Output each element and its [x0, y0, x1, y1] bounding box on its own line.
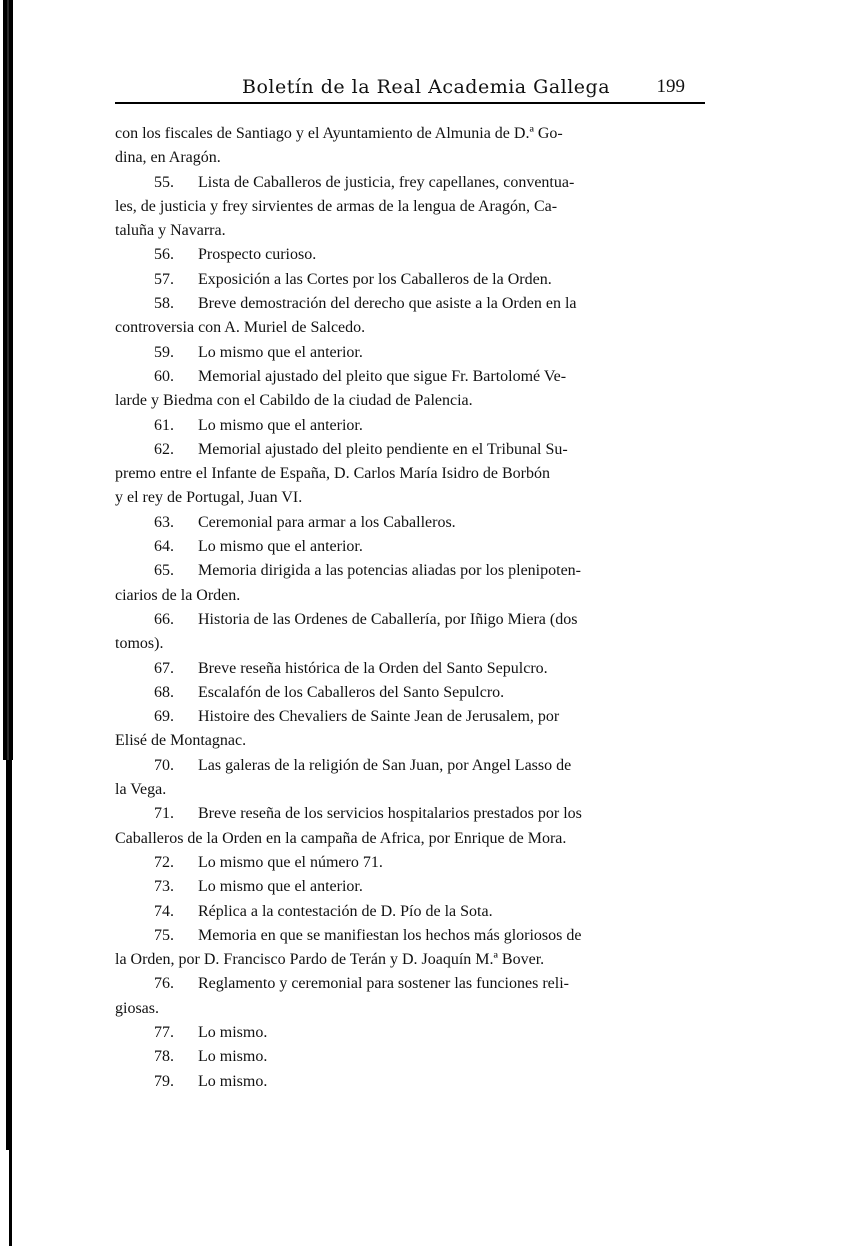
line-text: Las galeras de la religión de San Juan, …: [198, 757, 571, 774]
list-item-start: 55.Lista de Caballeros de justicia, frey…: [115, 171, 715, 195]
item-number: 59.: [154, 341, 198, 365]
text-line: con los fiscales de Santiago y el Ayunta…: [115, 122, 715, 146]
list-item-start: 70.Las galeras de la religión de San Jua…: [115, 754, 715, 778]
list-item-start: 67.Breve reseña histórica de la Orden de…: [115, 657, 715, 681]
line-text: Memoria en que se manifiestan los hechos…: [198, 927, 581, 944]
line-text: Lo mismo.: [198, 1073, 267, 1090]
line-text: Lo mismo que el número 71.: [198, 854, 383, 871]
line-text: Lo mismo.: [198, 1024, 267, 1041]
list-item-start: 56.Prospecto curioso.: [115, 243, 715, 267]
line-text: tomos).: [115, 635, 163, 652]
line-text: Lo mismo que el anterior.: [198, 417, 363, 434]
text-line: les, de justicia y frey sirvientes de ar…: [115, 195, 715, 219]
line-text: Lista de Caballeros de justicia, frey ca…: [198, 174, 574, 191]
page-number: 199: [657, 76, 686, 98]
line-text: Escalafón de los Caballeros del Santo Se…: [198, 684, 504, 701]
item-number: 78.: [154, 1045, 198, 1069]
line-text: giosas.: [115, 1000, 159, 1017]
item-number: 68.: [154, 681, 198, 705]
page-binding-edge: [3, 0, 13, 760]
item-number: 76.: [154, 972, 198, 996]
text-line: la Orden, por D. Francisco Pardo de Terá…: [115, 948, 715, 972]
item-number: 77.: [154, 1021, 198, 1045]
list-item-start: 77.Lo mismo.: [115, 1021, 715, 1045]
text-line: taluña y Navarra.: [115, 219, 715, 243]
list-item-start: 65.Memoria dirigida a las potencias alia…: [115, 559, 715, 583]
list-item-start: 62.Memorial ajustado del pleito pendient…: [115, 438, 715, 462]
text-line: y el rey de Portugal, Juan VI.: [115, 486, 715, 510]
item-number: 64.: [154, 535, 198, 559]
item-number: 73.: [154, 875, 198, 899]
line-text: la Vega.: [115, 781, 166, 798]
journal-title: Boletín de la Real Academia Gallega: [242, 76, 610, 98]
list-item-start: 74.Réplica a la contestación de D. Pío d…: [115, 900, 715, 924]
line-text: Histoire des Chevaliers de Sainte Jean d…: [198, 708, 559, 725]
text-line: Caballeros de la Orden en la campaña de …: [115, 827, 715, 851]
text-line: la Vega.: [115, 778, 715, 802]
item-number: 79.: [154, 1070, 198, 1094]
list-item-start: 71.Breve reseña de los servicios hospita…: [115, 802, 715, 826]
line-text: Prospecto curioso.: [198, 246, 316, 263]
line-text: Lo mismo que el anterior.: [198, 344, 363, 361]
line-text: Breve reseña de los servicios hospitalar…: [198, 805, 582, 822]
item-number: 66.: [154, 608, 198, 632]
line-text: Réplica a la contestación de D. Pío de l…: [198, 903, 493, 920]
text-line: dina, en Aragón.: [115, 146, 715, 170]
text-line: tomos).: [115, 632, 715, 656]
list-item-start: 66.Historia de las Ordenes de Caballería…: [115, 608, 715, 632]
item-number: 57.: [154, 268, 198, 292]
page-binding-edge-tail: [9, 1150, 12, 1246]
list-item-start: 73.Lo mismo que el anterior.: [115, 875, 715, 899]
item-number: 58.: [154, 292, 198, 316]
line-text: Breve reseña histórica de la Orden del S…: [198, 660, 548, 677]
line-text: Caballeros de la Orden en la campaña de …: [115, 830, 566, 847]
running-header: Boletín de la Real Academia Gallega 199: [115, 72, 705, 102]
line-text: Elisé de Montagnac.: [115, 732, 246, 749]
page-binding-edge-lower: [6, 760, 12, 1150]
line-text: ciarios de la Orden.: [115, 587, 240, 604]
text-line: premo entre el Infante de España, D. Car…: [115, 462, 715, 486]
line-text: con los fiscales de Santiago y el Ayunta…: [115, 125, 563, 142]
line-text: taluña y Navarra.: [115, 222, 226, 239]
text-line: ciarios de la Orden.: [115, 584, 715, 608]
line-text: Breve demostración del derecho que asist…: [198, 295, 577, 312]
item-number: 55.: [154, 171, 198, 195]
list-item-start: 68.Escalafón de los Caballeros del Santo…: [115, 681, 715, 705]
text-line: larde y Biedma con el Cabildo de la ciud…: [115, 389, 715, 413]
list-item-start: 75.Memoria en que se manifiestan los hec…: [115, 924, 715, 948]
line-text: Memorial ajustado del pleito pendiente e…: [198, 441, 568, 458]
list-item-start: 72.Lo mismo que el número 71.: [115, 851, 715, 875]
line-text: larde y Biedma con el Cabildo de la ciud…: [115, 392, 473, 409]
line-text: Lo mismo que el anterior.: [198, 878, 363, 895]
item-number: 65.: [154, 559, 198, 583]
item-number: 56.: [154, 243, 198, 267]
list-item-start: 61.Lo mismo que el anterior.: [115, 414, 715, 438]
line-text: les, de justicia y frey sirvientes de ar…: [115, 198, 557, 215]
text-line: Elisé de Montagnac.: [115, 729, 715, 753]
list-item-start: 76.Reglamento y ceremonial para sostener…: [115, 972, 715, 996]
item-number: 60.: [154, 365, 198, 389]
list-item-start: 63.Ceremonial para armar a los Caballero…: [115, 511, 715, 535]
item-number: 74.: [154, 900, 198, 924]
item-number: 72.: [154, 851, 198, 875]
list-item-start: 64.Lo mismo que el anterior.: [115, 535, 715, 559]
line-text: la Orden, por D. Francisco Pardo de Terá…: [115, 951, 544, 968]
list-item-start: 57.Exposición a las Cortes por los Cabal…: [115, 268, 715, 292]
line-text: Memoria dirigida a las potencias aliadas…: [198, 562, 581, 579]
item-number: 71.: [154, 802, 198, 826]
item-number: 75.: [154, 924, 198, 948]
line-text: Ceremonial para armar a los Caballeros.: [198, 514, 456, 531]
item-number: 70.: [154, 754, 198, 778]
item-number: 62.: [154, 438, 198, 462]
line-text: Memorial ajustado del pleito que sigue F…: [198, 368, 566, 385]
list-item-start: 79.Lo mismo.: [115, 1070, 715, 1094]
line-text: dina, en Aragón.: [115, 149, 221, 166]
list-item-start: 60.Memorial ajustado del pleito que sigu…: [115, 365, 715, 389]
item-number: 69.: [154, 705, 198, 729]
list-item-start: 58.Breve demostración del derecho que as…: [115, 292, 715, 316]
line-text: Reglamento y ceremonial para sostener la…: [198, 975, 569, 992]
line-text: Lo mismo que el anterior.: [198, 538, 363, 555]
text-line: giosas.: [115, 997, 715, 1021]
list-item-start: 69.Histoire des Chevaliers de Sainte Jea…: [115, 705, 715, 729]
line-text: Historia de las Ordenes de Caballería, p…: [198, 611, 577, 628]
line-text: controversia con A. Muriel de Salcedo.: [115, 319, 365, 336]
line-text: Exposición a las Cortes por los Caballer…: [198, 271, 552, 288]
item-number: 63.: [154, 511, 198, 535]
page-body: con los fiscales de Santiago y el Ayunta…: [115, 122, 715, 1094]
list-item-start: 78.Lo mismo.: [115, 1045, 715, 1069]
line-text: premo entre el Infante de España, D. Car…: [115, 465, 550, 482]
text-line: controversia con A. Muriel de Salcedo.: [115, 316, 715, 340]
line-text: y el rey de Portugal, Juan VI.: [115, 489, 302, 506]
list-item-start: 59.Lo mismo que el anterior.: [115, 341, 715, 365]
item-number: 67.: [154, 657, 198, 681]
header-rule: [115, 102, 705, 104]
line-text: Lo mismo.: [198, 1048, 267, 1065]
item-number: 61.: [154, 414, 198, 438]
